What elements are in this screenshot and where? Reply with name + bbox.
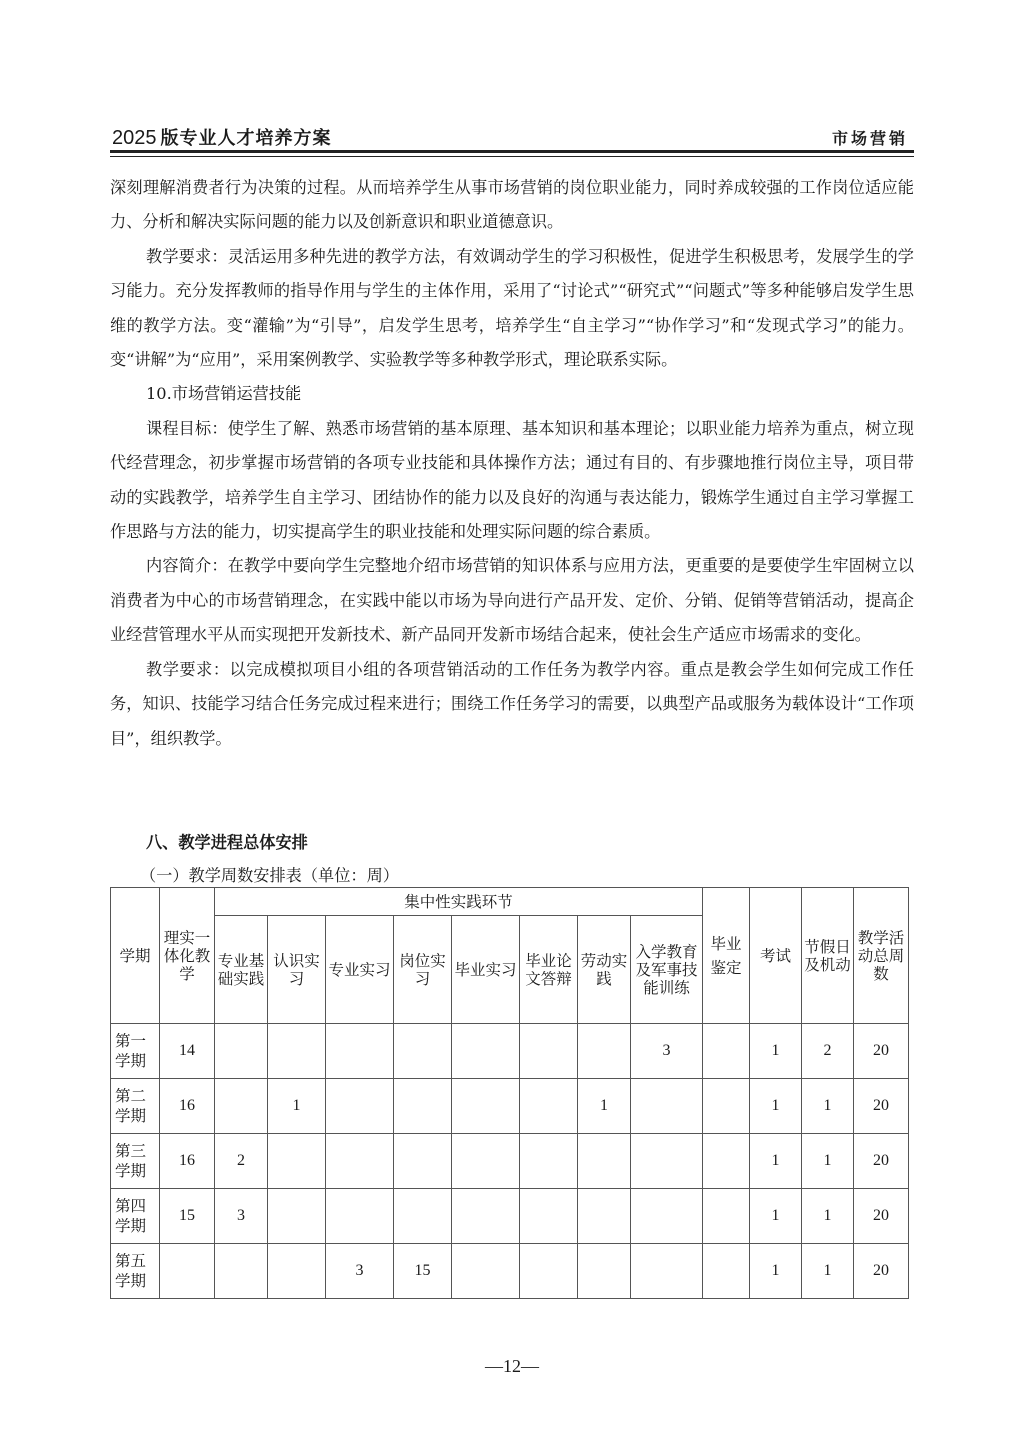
- header-thesis-defense: 毕业论文答辩: [520, 916, 578, 1024]
- cell: [520, 1079, 578, 1134]
- header-major-title: 市场营销: [832, 126, 908, 149]
- cell: 20: [854, 1134, 909, 1189]
- header-program-title: 版专业人才培养方案: [161, 128, 332, 149]
- cell: 1: [802, 1244, 854, 1299]
- cell: [268, 1244, 326, 1299]
- cell: [631, 1079, 703, 1134]
- cell: [520, 1244, 578, 1299]
- term-cell: 第一学期: [111, 1024, 160, 1079]
- cell: 1: [750, 1189, 802, 1244]
- cell: [452, 1244, 520, 1299]
- header-year: 2025: [112, 127, 157, 149]
- cell: [578, 1244, 631, 1299]
- cell: [394, 1189, 452, 1244]
- term-cell: 第二学期: [111, 1079, 160, 1134]
- header-graduation-internship: 毕业实习: [452, 916, 520, 1024]
- cell: [452, 1134, 520, 1189]
- cell: [520, 1024, 578, 1079]
- cell: 1: [268, 1079, 326, 1134]
- cell: 3: [215, 1189, 268, 1244]
- cell: [160, 1244, 215, 1299]
- table-row: 第四学期 15 3 1 1 20: [111, 1189, 909, 1244]
- header-cognitive-internship: 认识实习: [268, 916, 326, 1024]
- body-block-1: 深刻理解消费者行为决策的过程。从而培养学生从事市场营销的岗位职业能力，同时养成较…: [110, 171, 914, 756]
- cell: [578, 1024, 631, 1079]
- cell: 14: [160, 1024, 215, 1079]
- cell: [520, 1134, 578, 1189]
- cell: 1: [750, 1244, 802, 1299]
- paragraph-course-objectives: 课程目标：使学生了解、熟悉市场营销的基本原理、基本知识和基本理论；以职业能力培养…: [110, 412, 914, 550]
- cell: 3: [326, 1244, 394, 1299]
- cell: 20: [854, 1189, 909, 1244]
- cell: [578, 1134, 631, 1189]
- header-professional-foundation-practice: 专业基础实践: [215, 916, 268, 1024]
- cell: 16: [160, 1079, 215, 1134]
- cell: 2: [215, 1134, 268, 1189]
- term-cell: 第三学期: [111, 1134, 160, 1189]
- running-header: 2025版专业人才培养方案 市场营销: [110, 122, 914, 150]
- cell: [268, 1134, 326, 1189]
- table-row: 第五学期 3 15 1 1 20: [111, 1244, 909, 1299]
- term-cell: 第四学期: [111, 1189, 160, 1244]
- header-job-internship: 岗位实习: [394, 916, 452, 1024]
- header-integrated-teaching: 理实一体化教学: [160, 888, 215, 1024]
- table-row: 第一学期 14 3 1 2 20: [111, 1024, 909, 1079]
- cell: [703, 1134, 750, 1189]
- cell: [215, 1079, 268, 1134]
- document-page: 2025版专业人才培养方案 市场营销 深刻理解消费者行为决策的过程。从而培养学生…: [0, 0, 1024, 1448]
- cell: 1: [802, 1134, 854, 1189]
- cell: [326, 1024, 394, 1079]
- cell: [703, 1024, 750, 1079]
- table-header-row-1: 学期 理实一体化教学 集中性实践环节 毕业鉴定 考试 节假日及机动 教学活动总周…: [111, 888, 909, 916]
- cell: [268, 1024, 326, 1079]
- cell: [631, 1244, 703, 1299]
- cell: [326, 1134, 394, 1189]
- header-left-title: 2025版专业人才培养方案: [112, 124, 332, 150]
- cell: [394, 1079, 452, 1134]
- cell: 1: [578, 1079, 631, 1134]
- cell: [215, 1024, 268, 1079]
- cell: [326, 1079, 394, 1134]
- cell: 20: [854, 1079, 909, 1134]
- cell: [452, 1079, 520, 1134]
- cell: [703, 1189, 750, 1244]
- cell: [268, 1189, 326, 1244]
- section-heading: 八、教学进程总体安排: [146, 829, 308, 853]
- paragraph-continuation: 深刻理解消费者行为决策的过程。从而培养学生从事市场营销的岗位职业能力，同时养成较…: [110, 171, 914, 240]
- cell: [703, 1079, 750, 1134]
- cell: 20: [854, 1244, 909, 1299]
- cell: [578, 1189, 631, 1244]
- cell: 3: [631, 1024, 703, 1079]
- cell: [394, 1024, 452, 1079]
- header-term: 学期: [111, 888, 160, 1024]
- paragraph-teaching-requirements-1: 教学要求：灵活运用多种先进的教学方法，有效调动学生的学习积极性，促进学生积极思考…: [110, 240, 914, 378]
- cell: [520, 1189, 578, 1244]
- header-exam: 考试: [750, 888, 802, 1024]
- cell: 1: [802, 1079, 854, 1134]
- cell: 1: [750, 1134, 802, 1189]
- cell: [631, 1134, 703, 1189]
- course-title: 10.市场营销运营技能: [110, 377, 914, 411]
- cell: 15: [394, 1244, 452, 1299]
- header-graduation-review: 毕业鉴定: [703, 888, 750, 1024]
- header-total-weeks: 教学活动总周数: [854, 888, 909, 1024]
- cell: 15: [160, 1189, 215, 1244]
- term-cell: 第五学期: [111, 1244, 160, 1299]
- cell: 16: [160, 1134, 215, 1189]
- cell: [326, 1189, 394, 1244]
- header-rule: [110, 150, 914, 157]
- cell: 1: [750, 1024, 802, 1079]
- cell: 1: [802, 1189, 854, 1244]
- cell: [394, 1134, 452, 1189]
- header-orientation-military-training: 入学教育及军事技能训练: [631, 916, 703, 1024]
- header-holiday: 节假日及机动: [802, 888, 854, 1024]
- paragraph-content-intro: 内容简介：在教学中要向学生完整地介绍市场营销的知识体系与应用方法，更重要的是要使…: [110, 549, 914, 652]
- table-row: 第三学期 16 2 1 1 20: [111, 1134, 909, 1189]
- cell: [452, 1024, 520, 1079]
- header-practice-group: 集中性实践环节: [215, 888, 703, 916]
- teaching-weeks-table: 学期 理实一体化教学 集中性实践环节 毕业鉴定 考试 节假日及机动 教学活动总周…: [110, 887, 909, 1299]
- cell: 2: [802, 1024, 854, 1079]
- cell: [452, 1189, 520, 1244]
- cell: [703, 1244, 750, 1299]
- cell: 20: [854, 1024, 909, 1079]
- cell: [631, 1189, 703, 1244]
- header-labor-practice: 劳动实践: [578, 916, 631, 1024]
- cell: 1: [750, 1079, 802, 1134]
- table-caption: （一）教学周数安排表（单位：周）: [140, 862, 399, 886]
- cell: [215, 1244, 268, 1299]
- header-professional-internship: 专业实习: [326, 916, 394, 1024]
- paragraph-teaching-requirements-2: 教学要求：以完成模拟项目小组的各项营销活动的工作任务为教学内容。重点是教会学生如…: [110, 653, 914, 756]
- page-number: —12—: [0, 1356, 1024, 1377]
- table-row: 第二学期 16 1 1 1 1 20: [111, 1079, 909, 1134]
